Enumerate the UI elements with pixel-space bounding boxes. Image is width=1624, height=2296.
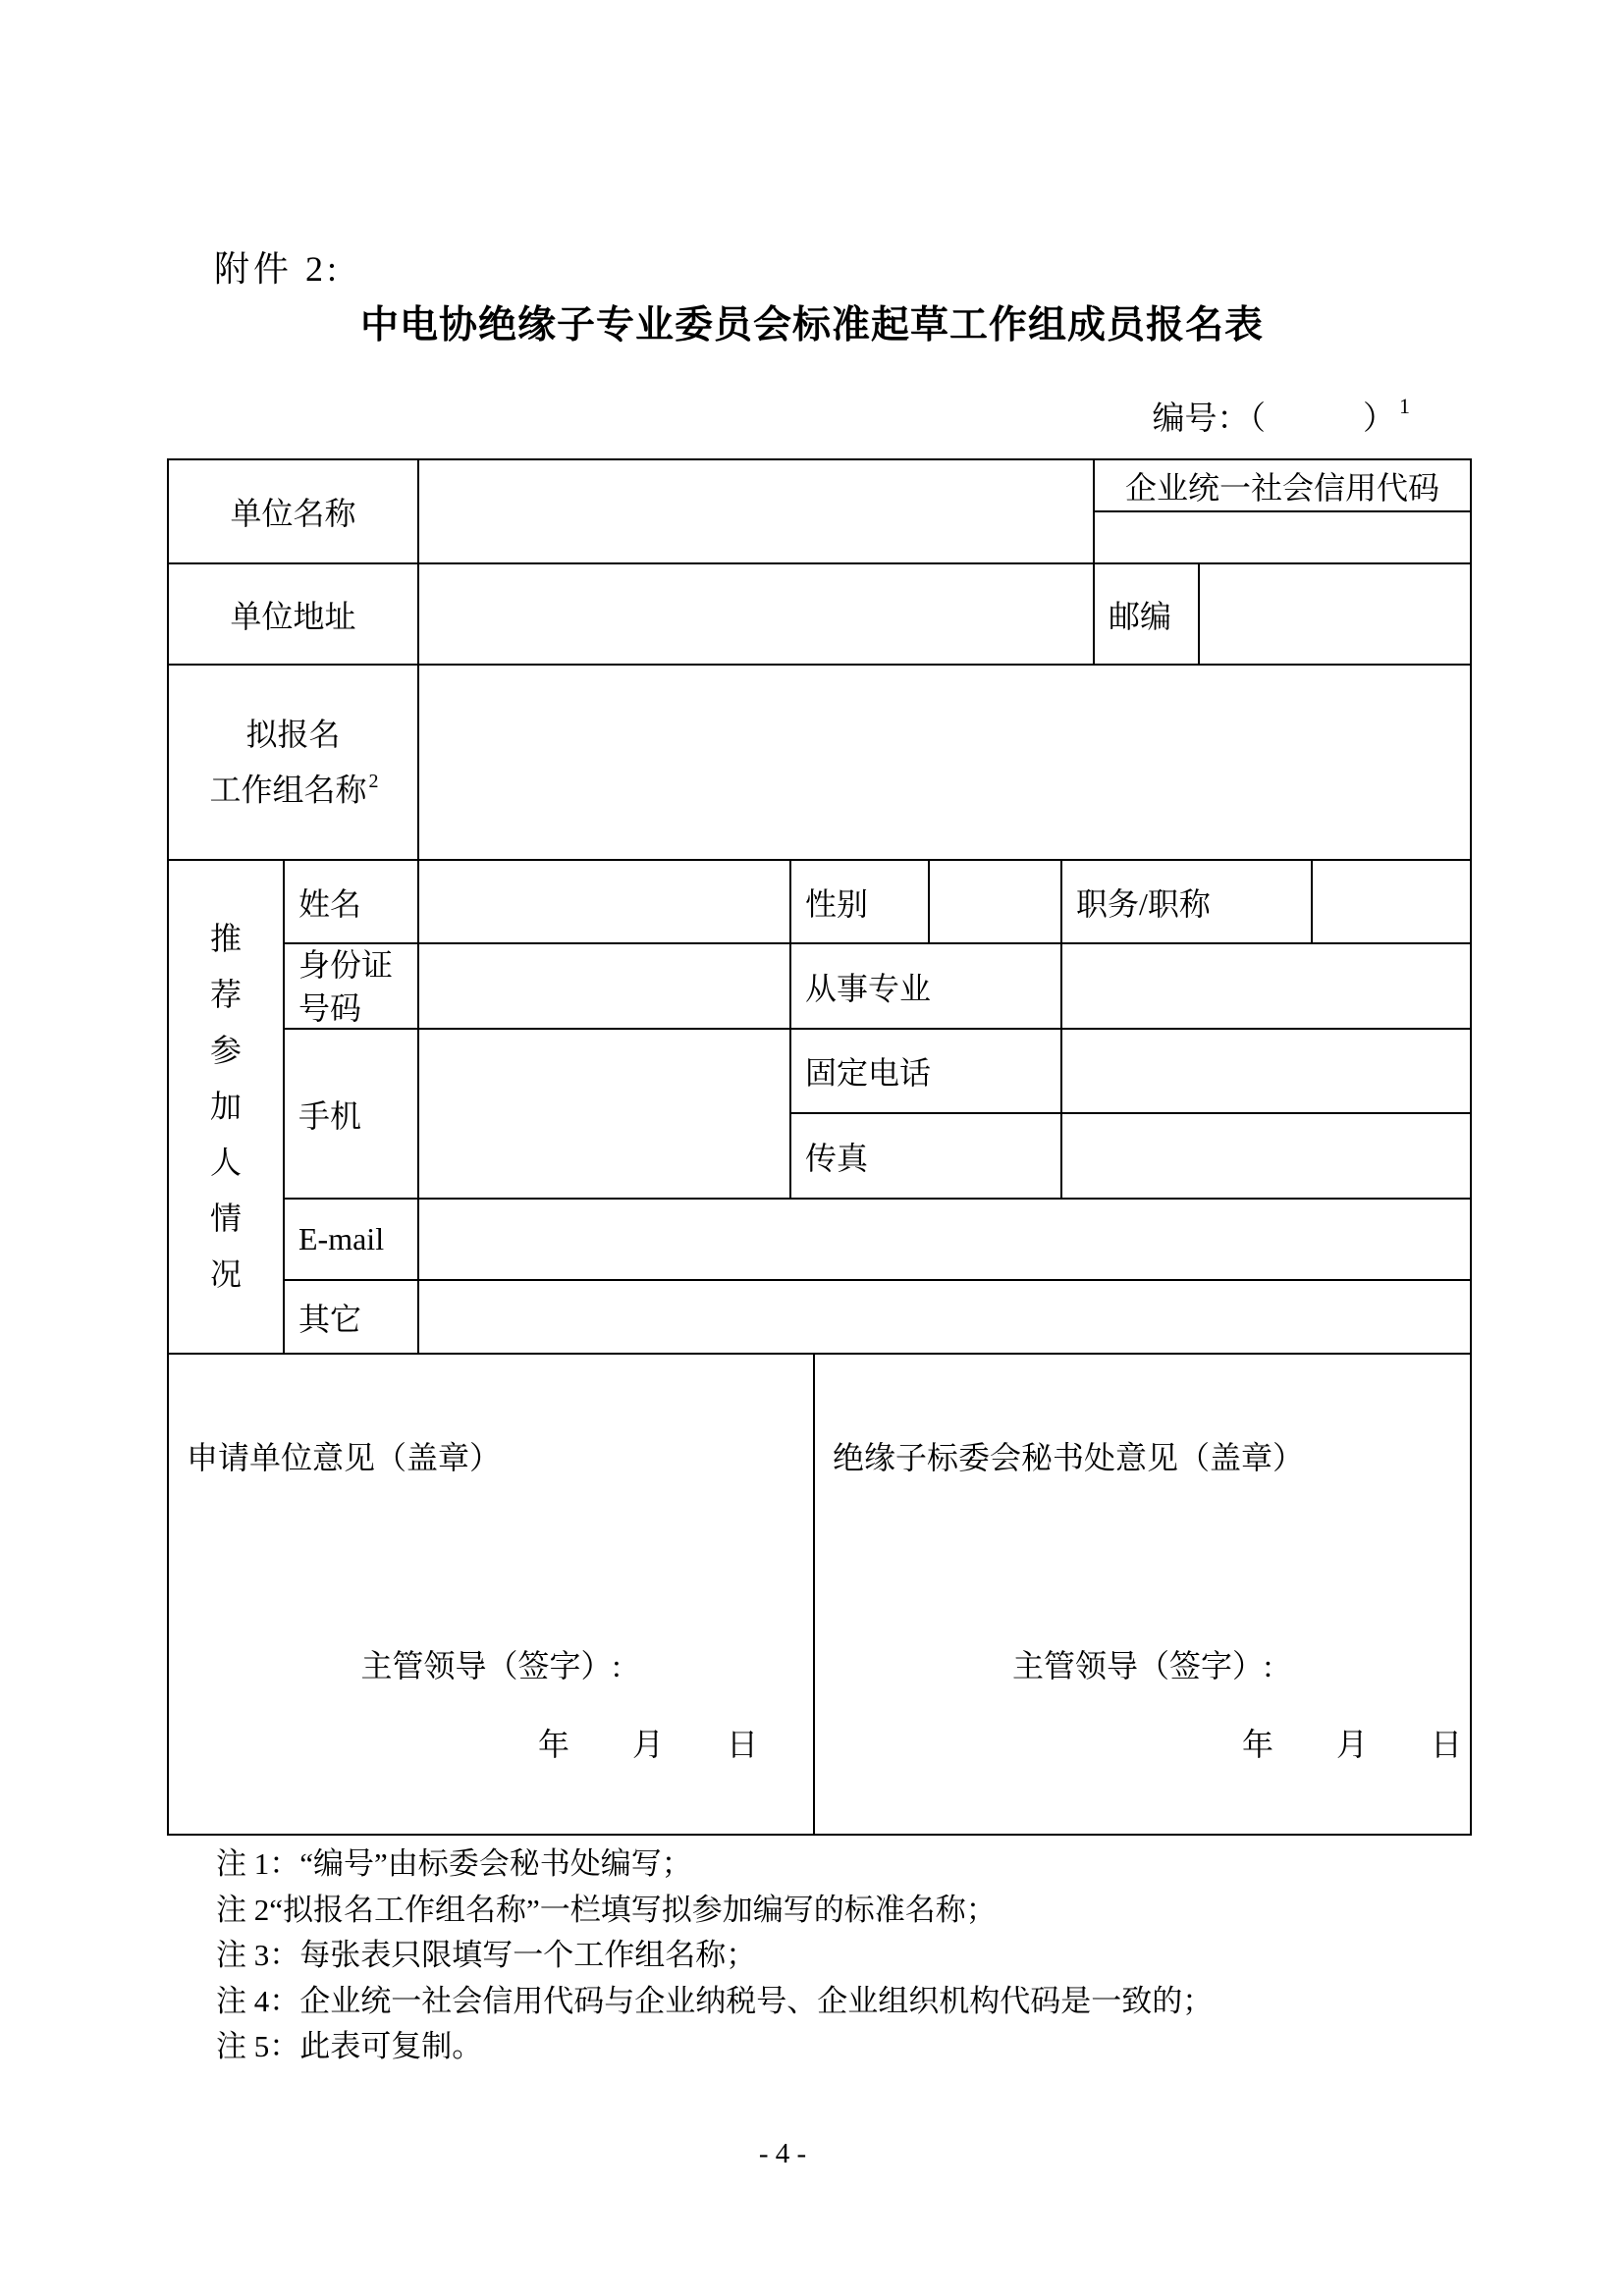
workgroup-name-label: 拟报名 工作组名称2	[169, 666, 419, 861]
workgroup-label-line1: 拟报名	[245, 710, 340, 759]
footnote-1: 注 1：“编号”由标委会秘书处编写；	[216, 1842, 1213, 1888]
footnote-3: 注 3：每张表只限填写一个工作组名称；	[216, 1933, 1213, 1979]
email-input-cell[interactable]	[419, 1200, 1472, 1281]
credit-code-label: 企业统一社会信用代码	[1095, 460, 1472, 512]
workgroup-label-line2: 工作组名称2	[209, 759, 376, 815]
vertical-char: 况	[210, 1247, 242, 1303]
gender-label: 性别	[791, 861, 930, 944]
workgroup-superscript: 2	[369, 771, 379, 792]
unit-address-label: 单位地址	[169, 564, 419, 666]
vertical-char: 人	[210, 1135, 242, 1191]
position-input-cell[interactable]	[1313, 861, 1472, 944]
applicant-opinion-cell[interactable]: 申请单位意见（盖章） 主管领导（签字）: 年 月 日	[169, 1355, 815, 1836]
mobile-input-cell[interactable]	[419, 1030, 791, 1200]
unit-address-input-cell[interactable]	[419, 564, 1095, 666]
position-label: 职务/职称	[1062, 861, 1313, 944]
other-label: 其它	[285, 1281, 419, 1355]
workgroup-name-input-cell[interactable]	[419, 666, 1472, 861]
telephone-label: 固定电话	[791, 1030, 1062, 1114]
document-page: 附件 2: 中电协绝缘子专业委员会标准起草工作组成员报名表 编号：（ ）1 单位…	[0, 0, 1624, 2296]
serial-superscript: 1	[1399, 394, 1410, 418]
vertical-char: 参	[210, 1023, 242, 1079]
id-number-label: 身份证 号码	[285, 944, 419, 1030]
vertical-char: 荐	[210, 967, 242, 1023]
other-input-cell[interactable]	[419, 1281, 1472, 1355]
applicant-date-line: 年 月 日	[169, 1720, 813, 1765]
credit-code-input-cell[interactable]	[1095, 512, 1472, 564]
postcode-label: 邮编	[1095, 564, 1200, 666]
vertical-char: 情	[210, 1191, 242, 1247]
profession-label: 从事专业	[791, 944, 1062, 1030]
id-number-input-cell[interactable]	[419, 944, 791, 1030]
registration-form-table: 单位名称 企业统一社会信用代码 单位地址 邮编 拟报名 工作组名称2 推 荐 参…	[167, 458, 1472, 1836]
page-number: - 4 -	[0, 2138, 1565, 2170]
unit-name-input-cell[interactable]	[419, 460, 1095, 564]
email-label: E-mail	[285, 1200, 419, 1281]
secretariat-opinion-label: 绝缘子标委会秘书处意见（盖章）	[833, 1433, 1304, 1478]
secretariat-date-line: 年 月 日	[815, 1720, 1470, 1765]
name-input-cell[interactable]	[419, 861, 791, 944]
fax-label: 传真	[791, 1114, 1062, 1200]
unit-name-label: 单位名称	[169, 460, 419, 564]
footnote-2: 注 2“拟报名工作组名称”一栏填写拟参加编写的标准名称；	[216, 1888, 1213, 1934]
vertical-char: 推	[210, 911, 242, 967]
footnotes: 注 1：“编号”由标委会秘书处编写； 注 2“拟报名工作组名称”一栏填写拟参加编…	[216, 1842, 1213, 2070]
recommend-person-vertical-label: 推 荐 参 加 人 情 况	[169, 861, 285, 1355]
footnote-4: 注 4：企业统一社会信用代码与企业纳税号、企业组织机构代码是一致的；	[216, 1979, 1213, 2025]
gender-input-cell[interactable]	[930, 861, 1062, 944]
name-label: 姓名	[285, 861, 419, 944]
applicant-leader-sign-label: 主管领导（签字）:	[169, 1641, 813, 1686]
page-title: 中电协绝缘子专业委员会标准起草工作组成员报名表	[0, 294, 1624, 349]
attachment-label: 附件 2:	[214, 241, 341, 292]
serial-number-line: 编号：（ ）1	[1153, 393, 1407, 439]
applicant-opinion-label: 申请单位意见（盖章）	[187, 1433, 501, 1478]
postcode-input-cell[interactable]	[1200, 564, 1472, 666]
secretariat-leader-sign-label: 主管领导（签字）:	[815, 1641, 1470, 1686]
serial-label: 编号：（ ）	[1153, 401, 1396, 437]
secretariat-opinion-cell[interactable]: 绝缘子标委会秘书处意见（盖章） 主管领导（签字）: 年 月 日	[815, 1355, 1472, 1836]
footnote-5: 注 5：此表可复制。	[216, 2024, 1213, 2070]
mobile-label: 手机	[285, 1030, 419, 1200]
profession-input-cell[interactable]	[1062, 944, 1472, 1030]
vertical-char: 加	[210, 1079, 242, 1135]
fax-input-cell[interactable]	[1062, 1114, 1472, 1200]
telephone-input-cell[interactable]	[1062, 1030, 1472, 1114]
